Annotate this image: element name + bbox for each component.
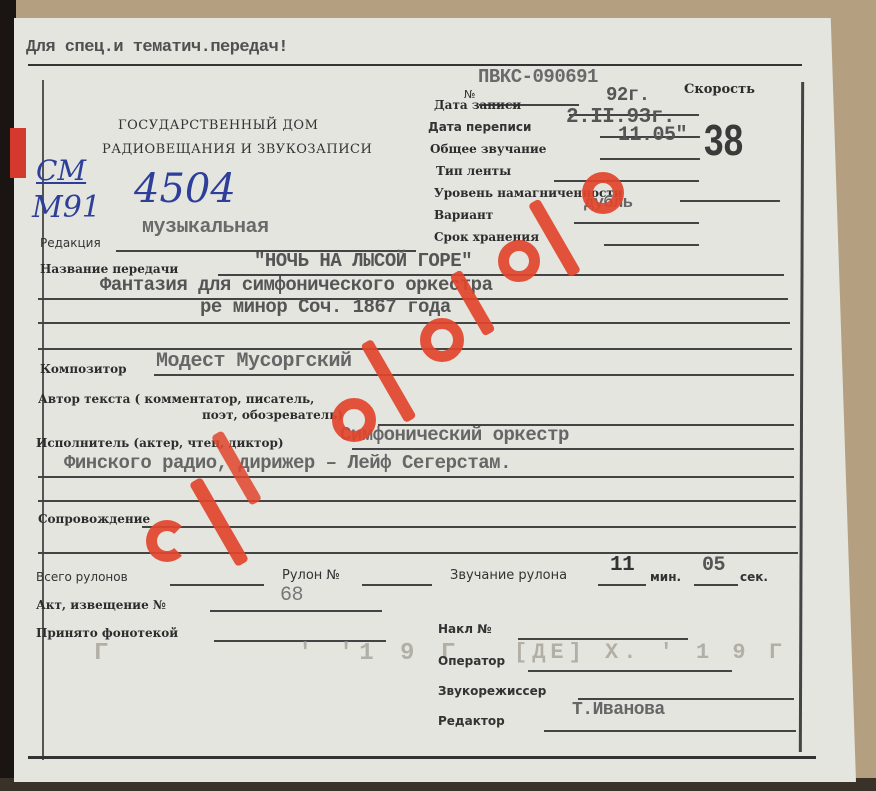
- stamp-letter-t: [189, 477, 249, 567]
- magnetization-line: [680, 200, 780, 202]
- text-author-label: Автор текста ( комментатор, писатель,: [38, 392, 314, 406]
- reel-seconds-value: 05: [702, 554, 725, 577]
- performer-label: Исполнитель (актер, чтец, диктор): [36, 436, 284, 450]
- handwritten-code-top: СМ: [36, 154, 86, 187]
- reel-duration-label: Звучание рулона: [450, 568, 567, 583]
- title-line3: ре минор Соч. 1867 года: [200, 296, 451, 318]
- performer-underline-1: [352, 448, 794, 450]
- faded-stamp-right: [ДЕ] Х. ' 1 9 Г: [514, 640, 787, 665]
- text-author-label2: поэт, обозреватель): [202, 408, 343, 422]
- speed-label: Скорость: [684, 82, 755, 97]
- total-duration-line: [600, 158, 700, 160]
- act-value: 68: [280, 584, 303, 607]
- institution-line2: РАДИОВЕЩАНИЯ И ЗВУКОЗАПИСИ: [102, 142, 372, 157]
- date-recorded-label: Дата записи: [434, 98, 521, 112]
- faded-stamp-left: Г ' '1 9 Г: [94, 640, 461, 667]
- stamp-letter-o: [582, 172, 624, 214]
- title-line1: "НОЧЬ НА ЛЫСОЙ ГОРЕ": [254, 250, 472, 272]
- frame-top: [28, 64, 802, 66]
- variant-line: [574, 222, 699, 224]
- special-note: Для спец.и тематич.передач!: [26, 38, 288, 57]
- accompaniment-line: [142, 526, 796, 528]
- date-copied-label: Дата переписи: [428, 120, 531, 134]
- reel-no-line: [362, 584, 432, 586]
- editor-label: Редактор: [438, 714, 505, 728]
- total-duration-label: Общее звучание: [430, 142, 546, 156]
- invoice-label: Накл №: [438, 622, 492, 636]
- storage-line: [604, 244, 699, 246]
- title-underline-3: [38, 322, 790, 324]
- accepted-label: Принято фонотекой: [36, 626, 178, 640]
- act-label: Акт, извещение №: [36, 598, 166, 612]
- tape-type-line: [554, 180, 699, 182]
- editor-value: Т.Иванова: [572, 700, 665, 720]
- editorial-value: музыкальная: [142, 216, 269, 239]
- total-reels-label: Всего рулонов: [36, 570, 128, 584]
- tape-type-label: Тип ленты: [436, 164, 511, 178]
- frame-bottom: [28, 756, 816, 759]
- frame-right: [799, 82, 804, 752]
- act-line: [210, 610, 382, 612]
- title-line2: Фантазия для симфонического оркестра: [100, 274, 492, 296]
- stamp-letter-p: [420, 318, 464, 362]
- sound-director-label: Звукорежиссер: [438, 684, 546, 698]
- operator-line: [528, 670, 732, 672]
- reel-minutes-line: [598, 584, 646, 586]
- composer-line: [154, 374, 794, 376]
- editorial-label: Редакция: [40, 236, 101, 250]
- reel-seconds-line: [694, 584, 738, 586]
- speed-value: 38: [704, 116, 743, 166]
- record-number-value: ПВКС-090691: [478, 66, 598, 88]
- reel-minutes-value: 11: [610, 554, 634, 577]
- binder-edge: [0, 0, 16, 791]
- sec-label: сек.: [740, 570, 768, 584]
- accompaniment-label: Сопровождение: [38, 512, 150, 526]
- date-recorded-value: 92г.: [606, 84, 650, 106]
- performer-underline-2: [38, 476, 794, 478]
- handwritten-number: 4504: [134, 166, 236, 212]
- min-label: мин.: [650, 570, 681, 584]
- editor-line: [544, 730, 796, 732]
- composer-label: Композитор: [40, 362, 127, 376]
- variant-label: Вариант: [434, 208, 493, 222]
- total-duration-value: 11.05": [618, 124, 687, 147]
- performer-line2: Финского радио, дирижер – Лейф Сегерстам…: [64, 452, 511, 474]
- total-reels-line: [170, 584, 264, 586]
- title-underline-4: [38, 348, 792, 350]
- operator-label: Оператор: [438, 654, 505, 668]
- tape-record-card: Для спец.и тематич.передач! ГОСУДАРСТВЕН…: [14, 18, 856, 782]
- performer-underline-3: [38, 500, 796, 502]
- reel-no-label: Рулон №: [282, 568, 340, 583]
- institution-line1: ГОСУДАРСТВЕННЫЙ ДОМ: [118, 118, 318, 133]
- composer-value: Модест Мусоргский: [156, 350, 352, 373]
- handwritten-code-bottom: М91: [32, 190, 101, 225]
- stamp-letter-c: [146, 520, 188, 562]
- stamp-letter-e2: [498, 240, 540, 282]
- red-index-tab: [10, 128, 26, 178]
- stamp-letter-e: [332, 398, 376, 442]
